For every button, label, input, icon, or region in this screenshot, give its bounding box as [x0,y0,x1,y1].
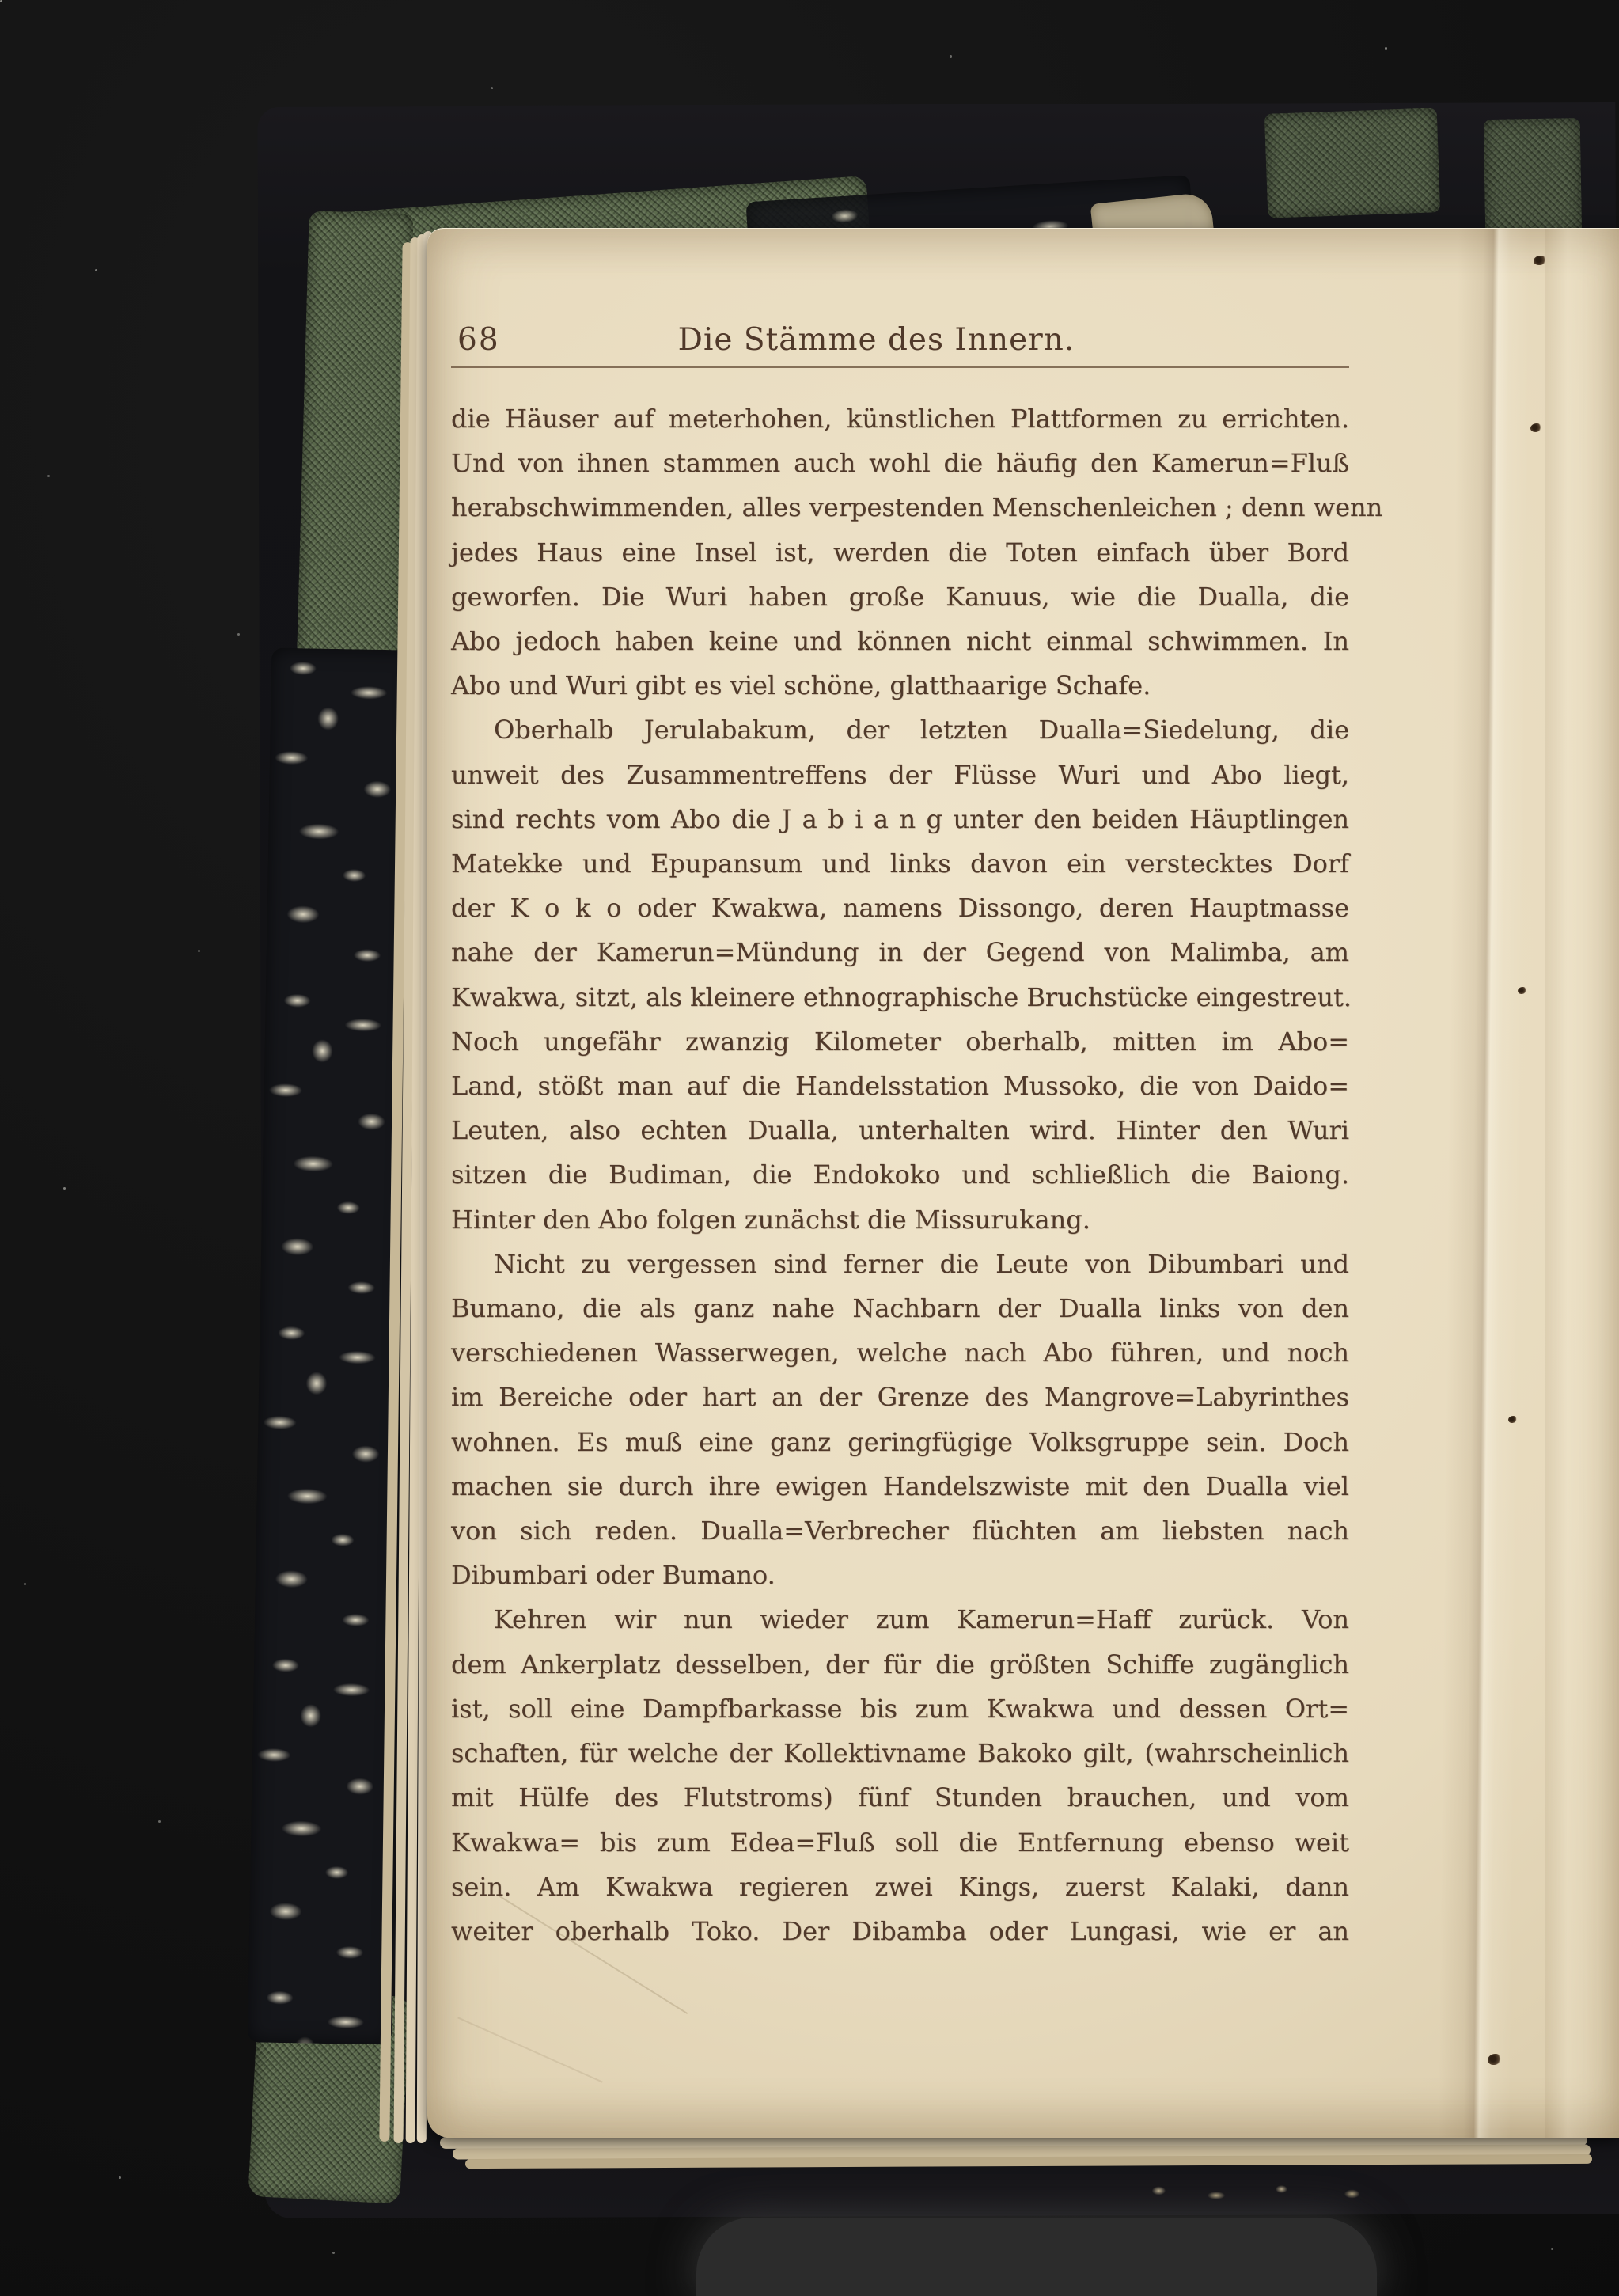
cover-worn-edge [1138,2176,1399,2208]
dust-specks [0,0,2,2]
text-line: Abo und Wuri gibt es viel schöne, glatth… [451,663,1349,708]
text-line: Bumano, die als ganz nahe Nachbarn der D… [451,1286,1349,1330]
worm-hole [1518,987,1526,994]
text-line: Kwakwa= bis zum Edea=Fluß soll die Entfe… [451,1820,1349,1865]
cover-cloth-left-edge [295,211,413,707]
text-line: sind rechts vom Abo die J a b i a n g un… [451,797,1349,841]
header-rule [451,366,1349,368]
text-line: weiter oberhalb Toko. Der Dibamba oder L… [451,1909,1349,1953]
text-line: Hinter den Abo folgen zunächst die Missu… [451,1197,1349,1242]
cover-cloth-top-right-patch [1484,118,1583,240]
text-line: sitzen die Budiman, die Endokoko und sch… [451,1152,1349,1197]
scanned-book-photo: 68 Die Stämme des Innern. die Häuser auf… [0,0,1619,2296]
text-line: Land, stößt man auf die Handelsstation M… [451,1064,1349,1108]
paper-crease [457,2017,603,2082]
page-header: 68 Die Stämme des Innern. [451,322,1349,360]
text-line: Kehren wir nun wieder zum Kamerun=Haff z… [451,1597,1349,1641]
text-line: Oberhalb Jerulabakum, der letzten Dualla… [451,708,1349,752]
text-line: geworfen. Die Wuri haben große Kanuus, w… [451,575,1349,619]
text-line: jedes Haus eine Insel ist, werden die To… [451,530,1349,575]
text-line: mit Hülfe des Flutstroms) fünf Stunden b… [451,1775,1349,1820]
page-fold-crease [1438,229,1530,2139]
text-line: Noch ungefähr zwanzig Kilometer oberhalb… [451,1019,1349,1064]
text-line: sein. Am Kwakwa regieren zwei Kings, zue… [451,1865,1349,1909]
worm-hole [1530,423,1541,432]
cover-cloth-top-patch [1264,108,1440,218]
text-line: Und von ihnen stammen auch wohl die häuf… [451,441,1349,485]
text-line: die Häuser auf meterhohen, künstlichen P… [451,397,1349,441]
book-page: 68 Die Stämme des Innern. die Häuser auf… [427,228,1619,2138]
text-line: unweit des Zusammentreffens der Flüsse W… [451,753,1349,797]
text-line: verschiedenen Wasserwegen, welche nach A… [451,1330,1349,1375]
text-line: Leuten, also echten Dualla, unterhalten … [451,1108,1349,1152]
text-line: herabschwimmenden, alles verpestenden Me… [451,485,1349,529]
text-line: der K o k o oder Kwakwa, namens Dissongo… [451,886,1349,930]
text-line: Matekke und Epupansum und links davon ei… [451,841,1349,886]
text-line: schaften, für welche der Kollektivname B… [451,1731,1349,1775]
text-line: nahe der Kamerun=Mündung in der Gegend v… [451,930,1349,974]
text-line: wohnen. Es muß eine ganz geringfügige Vo… [451,1420,1349,1464]
text-line: Abo jedoch haben keine und können nicht … [451,619,1349,663]
text-line: Nicht zu vergessen sind ferner die Leute… [451,1242,1349,1286]
book-cradle-shadow [696,2218,1377,2296]
text-line: im Bereiche oder hart an der Grenze des … [451,1375,1349,1419]
text-line: dem Ankerplatz desselben, der für die gr… [451,1642,1349,1687]
text-line: machen sie durch ihre ewigen Handelszwis… [451,1464,1349,1509]
text-line: Dibumbari oder Bumano. [451,1553,1349,1597]
running-header: Die Stämme des Innern. [427,322,1325,358]
next-page-edge [1545,229,1619,2138]
text-line: ist, soll eine Dampfbarkasse bis zum Kwa… [451,1687,1349,1731]
text-line: von sich reden. Dualla=Verbrecher flücht… [451,1509,1349,1553]
text-block: die Häuser auf meterhohen, künstlichen P… [451,397,1349,1953]
text-line: Kwakwa, sitzt, als kleinere ethnographis… [451,975,1349,1019]
